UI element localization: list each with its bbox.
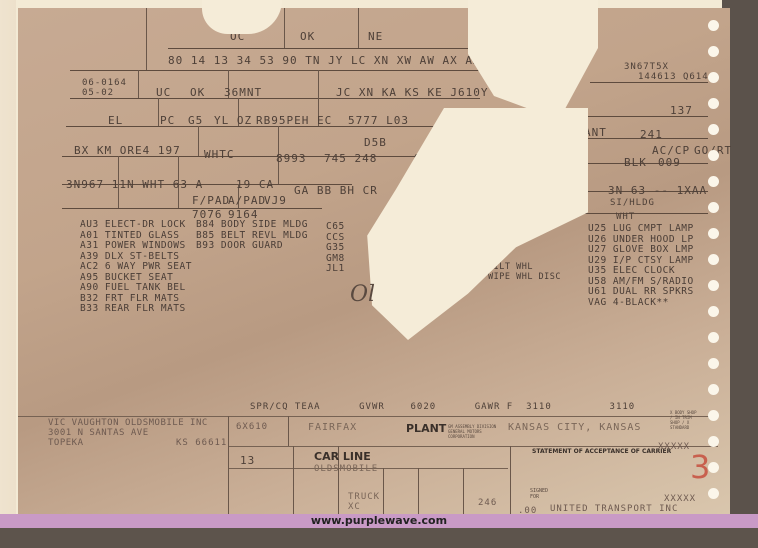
destination-charges: 246: [478, 498, 497, 508]
cell-value: 3N 63 -- 1XAA: [608, 184, 707, 197]
cell-value: NE: [368, 30, 383, 43]
zone-value: 13: [240, 454, 255, 467]
cell-value: BX KM ORE4 197: [74, 144, 181, 157]
vin-sequence: 144613 Q614: [638, 72, 709, 82]
cell-value: 19 CA: [236, 178, 274, 191]
grid-line: [288, 416, 289, 446]
vin-value: 3N67T5X: [624, 62, 669, 72]
cell-value: BLK: [624, 156, 647, 169]
grid-line: [228, 446, 718, 447]
cell-value: F/PAD: [192, 194, 230, 207]
grid-line: [284, 8, 285, 48]
plant-state: KANSAS CITY, KANSAS: [508, 422, 641, 433]
grid-line: [18, 416, 718, 417]
grid-line: [574, 213, 708, 214]
body-shop-note: X BODY SHOP / IN TRIM SHOP / X STANDARD: [670, 410, 700, 430]
handwritten-signature: Ol: [350, 282, 375, 307]
options-list-center: C65CCSG35GM8JL1: [326, 222, 345, 275]
grid-line: [146, 8, 147, 70]
options-list-middle: B84 BODY SIDE MLDGB85 BELT REVL MLDGB93 …: [196, 220, 308, 252]
options-list-right: U25 LUG CMPT LAMPU26 UNDER HOOD LPU27 GL…: [588, 224, 694, 308]
cell-value: 80 14 13 34 53 90 TN JY LC XN XW AW AX A…: [168, 54, 504, 67]
cell-value: A/PAD: [228, 194, 266, 207]
cell-value: PC: [160, 114, 175, 127]
grid-line: [463, 468, 464, 514]
cell-value: 241: [640, 128, 663, 141]
torn-area: [202, 0, 282, 34]
cell-value: WHT: [616, 212, 635, 222]
cell-value: VJ9: [264, 194, 287, 207]
plant-label: PLANT: [406, 422, 446, 435]
dealer-code: 6X610: [236, 422, 268, 432]
cell-value: 745 248: [324, 152, 377, 165]
grid-line: [158, 98, 159, 126]
x-marks: XXXXX: [664, 494, 696, 504]
cell-value: 36MNT: [224, 86, 262, 99]
dealer-zip: KS 66611: [176, 438, 227, 448]
grid-line: [138, 70, 139, 98]
perforation-holes: [708, 20, 720, 514]
grid-line: [358, 8, 359, 48]
cell-value: 3N967 11N WHT 63 A: [66, 178, 203, 191]
carrier-name: UNITED TRANSPORT INC: [550, 504, 678, 514]
cell-value: OK: [300, 30, 315, 43]
cell-value: 8993: [276, 152, 307, 165]
cell-value: 009: [658, 156, 681, 169]
cell-value: D5B: [364, 136, 387, 149]
grid-line: [293, 446, 294, 514]
cell-value: 5777 L03: [348, 114, 409, 127]
cell-value: 06-0164 05-02: [82, 78, 127, 98]
grid-line: [590, 82, 708, 83]
grid-line: [168, 48, 478, 49]
cell-value: OK: [190, 86, 205, 99]
ship-via: TRUCK XC: [348, 492, 378, 512]
car-line-value: OLDSMOBILE: [314, 464, 378, 474]
grid-line: [383, 468, 384, 514]
cell-value: EL: [108, 114, 123, 127]
spec-summary: SPR/CQ TEAA GVWR 6020 GAWR F 3110 3110: [250, 402, 635, 412]
statement-title: STATEMENT OF ACCEPTANCE OF CARRIER: [532, 448, 671, 455]
cell-value: G5: [188, 114, 203, 127]
cell-value: UC: [156, 86, 171, 99]
grid-line: [228, 416, 229, 514]
cell-value: JC XN KA KS KE J610Y: [336, 86, 489, 99]
cell-value: 137: [670, 104, 693, 117]
car-line-label: CAR LINE: [314, 450, 371, 463]
grid-line: [70, 70, 480, 71]
options-list-left: AU3 ELECT-DR LOCKA01 TINTED GLASSA31 POW…: [80, 220, 192, 315]
table-edge: [0, 528, 758, 548]
grid-line: [418, 468, 419, 514]
torn-area: [468, 0, 598, 120]
watermark-text: www.purplewave.com: [0, 514, 758, 528]
x-marks: XXXXX: [658, 442, 690, 452]
cell-value: RB95PEH EC: [256, 114, 332, 127]
cell-value: GA BB BH CR: [294, 184, 378, 197]
cell-value: WHTC: [204, 148, 235, 161]
shipping-section: SPR/CQ TEAA GVWR 6020 GAWR F 3110 3110 V…: [18, 408, 730, 514]
plant-city: FAIRFAX: [308, 422, 357, 433]
for-label: FOR: [530, 494, 539, 500]
cell-value: SI/HLDG: [610, 198, 655, 208]
division-label: GM ASSEMBLY DIVISION GENERAL MOTORS CORP…: [448, 424, 508, 439]
cell-value: YL OZ: [214, 114, 252, 127]
grid-line: [198, 126, 199, 156]
grid-line: [510, 446, 511, 514]
